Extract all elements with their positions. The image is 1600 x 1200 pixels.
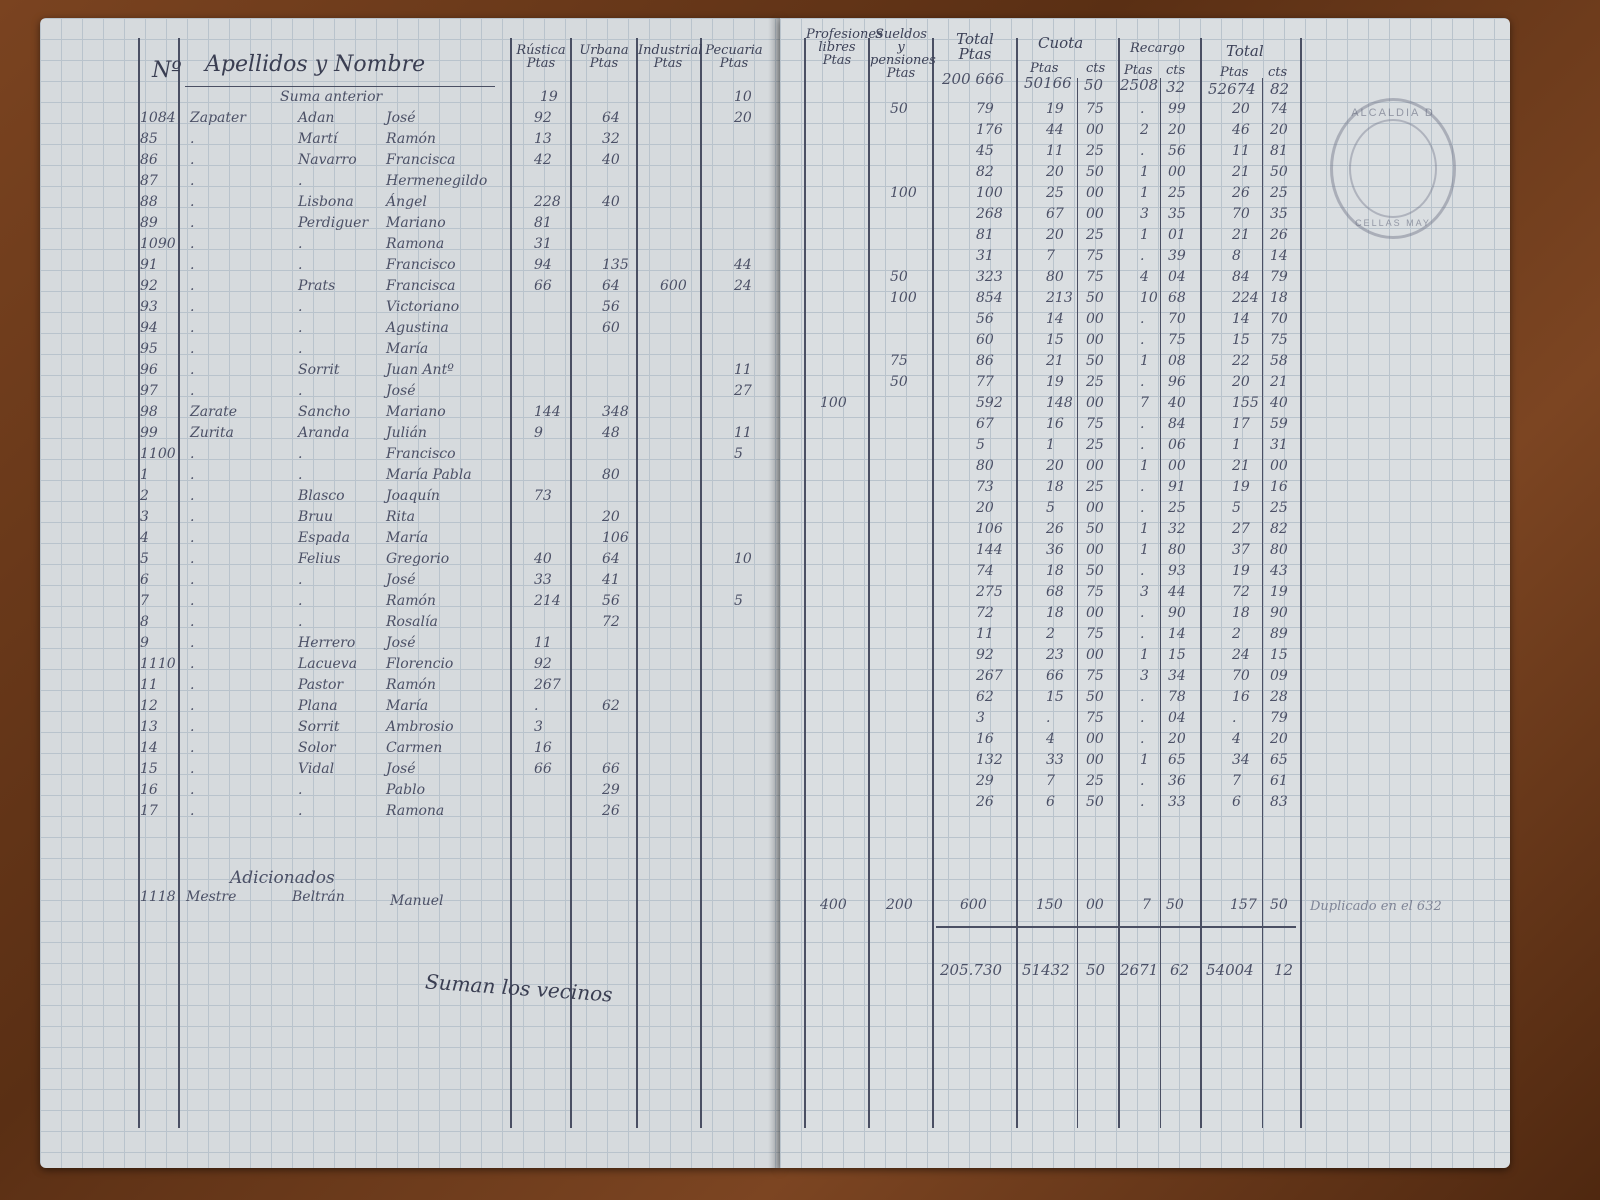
header-profesiones: Profesiones libres Ptas (806, 28, 868, 67)
row-number: 13 (140, 720, 158, 734)
row-total-cts: 61 (1270, 774, 1288, 788)
row-total-ptas: 224 (1232, 291, 1259, 305)
row-recargo-ptas: 1 (1140, 459, 1149, 473)
row-surname2: . (298, 300, 302, 314)
row-pecuaria: 20 (734, 111, 752, 125)
row-cuota-cts: 50 (1086, 291, 1104, 305)
row-total-cts: 19 (1270, 585, 1288, 599)
table-row: 1110.LacuevaFlorencio92 (40, 657, 780, 678)
row-total-cts: 90 (1270, 606, 1288, 620)
row-number: 1090 (140, 237, 176, 251)
row-cuota-cts: 00 (1086, 753, 1104, 767)
row-surname1: . (190, 615, 194, 629)
row-surname2: Sorrit (298, 720, 340, 734)
row-given-name: Ramón (386, 594, 436, 608)
row-total-ptas: 37 (1232, 543, 1250, 557)
row-surname1: . (190, 363, 194, 377)
row-number: 87 (140, 174, 158, 188)
row-recargo-ptas: . (1140, 480, 1144, 494)
adicionado-surname1: Mestre (186, 890, 236, 904)
row-cuota-ptas: 21 (1046, 354, 1064, 368)
row-total-ptas: 21 (1232, 165, 1250, 179)
row-number: 1100 (140, 447, 176, 461)
row-given-name: María (386, 531, 428, 545)
row-surname2: Felius (298, 552, 340, 566)
row-number: 94 (140, 321, 158, 335)
row-cuota-ptas: 14 (1046, 312, 1064, 326)
table-row: 13233001653465 (780, 753, 1510, 774)
row-given-name: Ángel (386, 195, 427, 209)
row-cuota-cts: 75 (1086, 585, 1104, 599)
row-surname1: . (190, 657, 194, 671)
row-urbana: 64 (602, 111, 620, 125)
row-total-ptas: 16 (1232, 690, 1250, 704)
alcaldia-stamp: ALCALDIA D CELLAS MAY (1330, 98, 1456, 239)
row-total: 72 (976, 606, 994, 620)
row-recargo-cts: 34 (1168, 669, 1186, 683)
stamp-top-text: ALCALDIA D (1333, 107, 1453, 119)
table-row: 5032380754048479 (780, 270, 1510, 291)
row-surname1: Zapater (190, 111, 246, 125)
row-recargo-cts: 20 (1168, 732, 1186, 746)
row-recargo-cts: 96 (1168, 375, 1186, 389)
row-cuota-ptas: 80 (1046, 270, 1064, 284)
table-row: 3.BruuRita20 (40, 510, 780, 531)
row-surname2: Vidal (298, 762, 334, 776)
table-row: 91..Francisco9413544 (40, 258, 780, 279)
row-number: 1 (140, 468, 149, 482)
row-surname1: . (190, 153, 194, 167)
table-row: 89.PerdiguerMariano81 (40, 216, 780, 237)
row-total-cts: 83 (1270, 795, 1288, 809)
row-cuota-ptas: 23 (1046, 648, 1064, 662)
row-number: 85 (140, 132, 158, 146)
row-cuota-ptas: 19 (1046, 375, 1064, 389)
row-cuota-cts: 50 (1086, 522, 1104, 536)
table-row: 16..Pablo29 (40, 783, 780, 804)
row-total-cts: 14 (1270, 249, 1288, 263)
row-surname2: Prats (298, 279, 335, 293)
row-surname1: . (190, 195, 194, 209)
row-total-ptas: 19 (1232, 480, 1250, 494)
header-sueldos: Sueldos y pensiones Ptas (870, 28, 932, 80)
row-given-name: Ambrosio (386, 720, 454, 734)
row-rustica: 16 (534, 741, 552, 755)
row-surname1: . (190, 489, 194, 503)
row-given-name: Francisco (386, 258, 456, 272)
table-row: 8020001002100 (780, 459, 1510, 480)
row-surname1: . (190, 804, 194, 818)
row-total-cts: 59 (1270, 417, 1288, 431)
row-recargo-cts: 78 (1168, 690, 1186, 704)
row-urbana: 60 (602, 321, 620, 335)
left-page: Nº Apellidos y Nombre Rústica Ptas Urban… (40, 18, 780, 1168)
row-recargo-ptas: . (1140, 417, 1144, 431)
row-cuota-cts: 50 (1086, 564, 1104, 578)
row-given-name: Ramón (386, 678, 436, 692)
row-sueldos: 75 (890, 354, 908, 368)
header-number: Nº (152, 60, 182, 82)
row-total: 56 (976, 312, 994, 326)
row-given-name: Carmen (386, 741, 442, 755)
row-surname1: . (190, 510, 194, 524)
row-surname1: . (190, 237, 194, 251)
row-total-cts: 09 (1270, 669, 1288, 683)
row-given-name: Gregorio (386, 552, 449, 566)
row-total-ptas: 15 (1232, 333, 1250, 347)
row-rustica: 40 (534, 552, 552, 566)
row-cuota-cts: 00 (1086, 207, 1104, 221)
row-recargo-ptas: 2 (1140, 123, 1149, 137)
row-cuota-cts: 75 (1086, 270, 1104, 284)
table-row: 561400.701470 (780, 312, 1510, 333)
row-surname1: . (190, 699, 194, 713)
row-total-ptas: 11 (1232, 144, 1250, 158)
row-total-cts: 50 (1270, 165, 1288, 179)
row-given-name: Joaquín (386, 489, 440, 503)
header-industrial: Industrial Ptas (638, 44, 698, 70)
table-row: 721800.901890 (780, 606, 1510, 627)
carryover-recargo-cts: 32 (1166, 80, 1185, 95)
row-total-ptas: 72 (1232, 585, 1250, 599)
table-row: 4.EspadaMaría106 (40, 531, 780, 552)
row-sueldos: 50 (890, 102, 908, 116)
adicionado-given: Manuel (390, 894, 443, 908)
row-number: 1110 (140, 657, 176, 671)
row-surname2: . (298, 447, 302, 461)
row-recargo-cts: 04 (1168, 270, 1186, 284)
row-cuota-ptas: 66 (1046, 669, 1064, 683)
row-urbana: 72 (602, 615, 620, 629)
row-recargo-ptas: . (1140, 711, 1144, 725)
row-given-name: María (386, 699, 428, 713)
row-surname1: . (190, 573, 194, 587)
table-row: 601500.751575 (780, 333, 1510, 354)
row-total: 80 (976, 459, 994, 473)
row-cuota-ptas: 1 (1046, 438, 1055, 452)
row-surname2: Espada (298, 531, 350, 545)
row-cuota-cts: 75 (1086, 711, 1104, 725)
row-number: 93 (140, 300, 158, 314)
row-surname2: Sancho (298, 405, 350, 419)
header-rustica: Rústica Ptas (514, 44, 568, 70)
row-sueldos: 100 (890, 291, 917, 305)
header-total: Total Ptas (940, 32, 1010, 62)
table-row: 13.SorritAmbrosio3 (40, 720, 780, 741)
row-cuota-ptas: 15 (1046, 333, 1064, 347)
row-surname2: . (298, 594, 302, 608)
row-recargo-ptas: . (1140, 438, 1144, 452)
carryover-total-ptas: 52674 (1208, 82, 1256, 97)
header-total2: Total (1226, 44, 1264, 59)
row-recargo-cts: 80 (1168, 543, 1186, 557)
row-surname2: Bruu (298, 510, 333, 524)
adicionado-total-ptas: 157 (1230, 898, 1257, 912)
row-recargo-ptas: 1 (1140, 543, 1149, 557)
row-total: 268 (976, 207, 1003, 221)
row-rustica: . (534, 699, 538, 713)
row-total: 176 (976, 123, 1003, 137)
duplicado-note: Duplicado en el 632 (1310, 900, 1442, 913)
table-row: 9223001152415 (780, 648, 1510, 669)
adicionados-label: Adicionados (230, 870, 335, 887)
row-total-ptas: 18 (1232, 606, 1250, 620)
row-total-ptas: 22 (1232, 354, 1250, 368)
row-total: 100 (976, 186, 1003, 200)
table-row: 1090..Ramona31 (40, 237, 780, 258)
row-recargo-ptas: 1 (1140, 648, 1149, 662)
row-total-cts: 16 (1270, 480, 1288, 494)
row-cuota-ptas: 2 (1046, 627, 1055, 641)
row-cuota-ptas: 20 (1046, 165, 1064, 179)
table-row: 741850.931943 (780, 564, 1510, 585)
table-row: 85.MartíRamón1332 (40, 132, 780, 153)
row-pecuaria: 10 (734, 552, 752, 566)
table-row: 1084ZapaterAdanJosé926420 (40, 111, 780, 132)
table-row: 11275.14289 (780, 627, 1510, 648)
row-recargo-ptas: 4 (1140, 270, 1149, 284)
row-cuota-cts: 75 (1086, 627, 1104, 641)
row-urbana: 48 (602, 426, 620, 440)
header-recargo: Recargo (1130, 42, 1185, 55)
row-cuota-ptas: 18 (1046, 606, 1064, 620)
row-recargo-ptas: 3 (1140, 207, 1149, 221)
grand-cuota-cts: 50 (1086, 963, 1105, 978)
table-row: 93..Victoriano56 (40, 300, 780, 321)
row-total: 592 (976, 396, 1003, 410)
row-total-cts: 58 (1270, 354, 1288, 368)
row-total: 11 (976, 627, 994, 641)
row-total-cts: 18 (1270, 291, 1288, 305)
table-row: 6..José3341 (40, 573, 780, 594)
row-surname2: . (298, 804, 302, 818)
carryover-rustica: 19 (540, 90, 558, 104)
row-cuota-ptas: 11 (1046, 144, 1064, 158)
row-surname1: . (190, 783, 194, 797)
row-surname2: Navarro (298, 153, 357, 167)
row-recargo-ptas: . (1140, 249, 1144, 263)
adicionado-profesiones: 400 (820, 898, 847, 912)
row-number: 98 (140, 405, 158, 419)
row-cuota-cts: 75 (1086, 102, 1104, 116)
table-row: 88.LisbonaÁngel22840 (40, 195, 780, 216)
header-total2-ptas: Ptas (1220, 66, 1248, 79)
row-total-cts: 70 (1270, 312, 1288, 326)
row-cuota-ptas: 18 (1046, 480, 1064, 494)
row-total-ptas: 14 (1232, 312, 1250, 326)
row-total-cts: 26 (1270, 228, 1288, 242)
row-surname1: . (190, 762, 194, 776)
row-surname1: . (190, 678, 194, 692)
row-surname2: Herrero (298, 636, 355, 650)
table-row: 758621501082258 (780, 354, 1510, 375)
row-surname1: . (190, 720, 194, 734)
row-total: 3 (976, 711, 985, 725)
table-row: 731825.911916 (780, 480, 1510, 501)
row-given-name: Mariano (386, 216, 446, 230)
row-total: 26 (976, 795, 994, 809)
row-given-name: Francisca (386, 279, 455, 293)
row-sueldos: 50 (890, 375, 908, 389)
adicionado-recargo-ptas: 7 (1142, 898, 1151, 912)
row-cuota-ptas: 213 (1046, 291, 1073, 305)
row-rustica: 3 (534, 720, 543, 734)
row-recargo-ptas: . (1140, 732, 1144, 746)
row-total: 77 (976, 375, 994, 389)
table-row: 26650.33683 (780, 795, 1510, 816)
row-total: 275 (976, 585, 1003, 599)
row-pecuaria: 5 (734, 594, 743, 608)
row-total-cts: 65 (1270, 753, 1288, 767)
row-recargo-cts: 15 (1168, 648, 1186, 662)
row-surname2: . (298, 384, 302, 398)
row-total-ptas: 17 (1232, 417, 1250, 431)
grand-total-cts: 12 (1274, 963, 1293, 978)
row-urbana: 26 (602, 804, 620, 818)
row-recargo-cts: 39 (1168, 249, 1186, 263)
row-total-ptas: 5 (1232, 501, 1241, 515)
table-row: 16400.20420 (780, 732, 1510, 753)
table-row: 7..Ramón214565 (40, 594, 780, 615)
row-total: 29 (976, 774, 994, 788)
grand-recargo-ptas: 2671 (1120, 963, 1158, 978)
adicionado-cuota-cts: 00 (1086, 898, 1104, 912)
row-total-cts: 00 (1270, 459, 1288, 473)
row-pecuaria: 5 (734, 447, 743, 461)
row-total-ptas: 24 (1232, 648, 1250, 662)
row-surname1: . (190, 741, 194, 755)
row-surname2: Pastor (298, 678, 343, 692)
table-row: 3.75.04.79 (780, 711, 1510, 732)
row-total-ptas: 20 (1232, 375, 1250, 389)
row-number: 15 (140, 762, 158, 776)
row-cuota-ptas: 33 (1046, 753, 1064, 767)
header-urbana: Urbana Ptas (574, 44, 634, 70)
row-total-ptas: 2 (1232, 627, 1241, 641)
row-cuota-ptas: 25 (1046, 186, 1064, 200)
row-number: 95 (140, 342, 158, 356)
row-recargo-cts: 75 (1168, 333, 1186, 347)
carryover-recargo-ptas: 2508 (1120, 78, 1158, 93)
table-row: 14436001803780 (780, 543, 1510, 564)
row-total: 20 (976, 501, 994, 515)
row-surname2: . (298, 615, 302, 629)
row-rustica: 31 (534, 237, 552, 251)
row-given-name: Ramón (386, 132, 436, 146)
adicionado-cuota-ptas: 150 (1036, 898, 1063, 912)
carryover-cuota-cts: 50 (1084, 78, 1103, 93)
row-cuota-cts: 00 (1086, 123, 1104, 137)
row-rustica: 73 (534, 489, 552, 503)
row-surname2: Plana (298, 699, 338, 713)
row-rustica: 92 (534, 111, 552, 125)
row-cuota-ptas: 7 (1046, 774, 1055, 788)
row-total-ptas: 155 (1232, 396, 1259, 410)
row-profesiones: 100 (820, 396, 847, 410)
row-surname2: . (298, 321, 302, 335)
row-total-ptas: 4 (1232, 732, 1241, 746)
row-total: 62 (976, 690, 994, 704)
row-recargo-ptas: 1 (1140, 354, 1149, 368)
row-urbana: 106 (602, 531, 629, 545)
row-cuota-ptas: 19 (1046, 102, 1064, 116)
row-rustica: 42 (534, 153, 552, 167)
row-given-name: Rosalía (386, 615, 438, 629)
row-rustica: 92 (534, 657, 552, 671)
row-number: 12 (140, 699, 158, 713)
row-rustica: 214 (534, 594, 561, 608)
grand-cuota-ptas: 51432 (1022, 963, 1070, 978)
row-recargo-ptas: . (1140, 144, 1144, 158)
row-cuota-ptas: 44 (1046, 123, 1064, 137)
row-given-name: Rita (386, 510, 415, 524)
row-industrial: 600 (660, 279, 687, 293)
row-total: 67 (976, 417, 994, 431)
row-recargo-cts: 56 (1168, 144, 1186, 158)
row-given-name: Francisca (386, 153, 455, 167)
header-underline (185, 86, 495, 87)
row-recargo-ptas: 1 (1140, 186, 1149, 200)
row-total-cts: 89 (1270, 627, 1288, 641)
table-row: 27568753447219 (780, 585, 1510, 606)
carryover-cuota-ptas: 50166 (1024, 76, 1072, 91)
row-cuota-ptas: 16 (1046, 417, 1064, 431)
row-recargo-cts: 93 (1168, 564, 1186, 578)
row-given-name: Florencio (386, 657, 453, 671)
row-cuota-cts: 00 (1086, 396, 1104, 410)
row-urbana: 20 (602, 510, 620, 524)
row-cuota-ptas: 18 (1046, 564, 1064, 578)
row-number: 96 (140, 363, 158, 377)
row-given-name: Hermenegildo (386, 174, 487, 188)
row-urbana: 348 (602, 405, 629, 419)
row-recargo-ptas: . (1140, 795, 1144, 809)
row-total-cts: 20 (1270, 732, 1288, 746)
row-surname1: . (190, 300, 194, 314)
row-surname2: Aranda (298, 426, 349, 440)
row-urbana: 62 (602, 699, 620, 713)
row-surname1: . (190, 174, 194, 188)
carryover-pecuaria: 10 (734, 90, 752, 104)
row-recargo-cts: 04 (1168, 711, 1186, 725)
table-row: 1..María Pabla80 (40, 468, 780, 489)
row-surname2: . (298, 258, 302, 272)
row-total-cts: 35 (1270, 207, 1288, 221)
row-cuota-cts: 50 (1086, 690, 1104, 704)
row-urbana: 66 (602, 762, 620, 776)
row-surname1: Zurita (190, 426, 234, 440)
row-surname2: . (298, 174, 302, 188)
row-number: 89 (140, 216, 158, 230)
row-urbana: 56 (602, 300, 620, 314)
row-rustica: 13 (534, 132, 552, 146)
row-total: 267 (976, 669, 1003, 683)
row-surname1: . (190, 468, 194, 482)
adicionado-sueldos: 200 (886, 898, 913, 912)
row-recargo-ptas: . (1140, 774, 1144, 788)
row-total: 86 (976, 354, 994, 368)
row-surname1: . (190, 552, 194, 566)
row-rustica: 94 (534, 258, 552, 272)
grand-total: 205.730 (940, 963, 1002, 978)
table-row: 97..José27 (40, 384, 780, 405)
row-total-cts: 75 (1270, 333, 1288, 347)
row-given-name: Mariano (386, 405, 446, 419)
row-total: 73 (976, 480, 994, 494)
table-row: 12.PlanaMaría.62 (40, 699, 780, 720)
header-name: Apellidos y Nombre (205, 54, 425, 76)
row-surname1: . (190, 636, 194, 650)
